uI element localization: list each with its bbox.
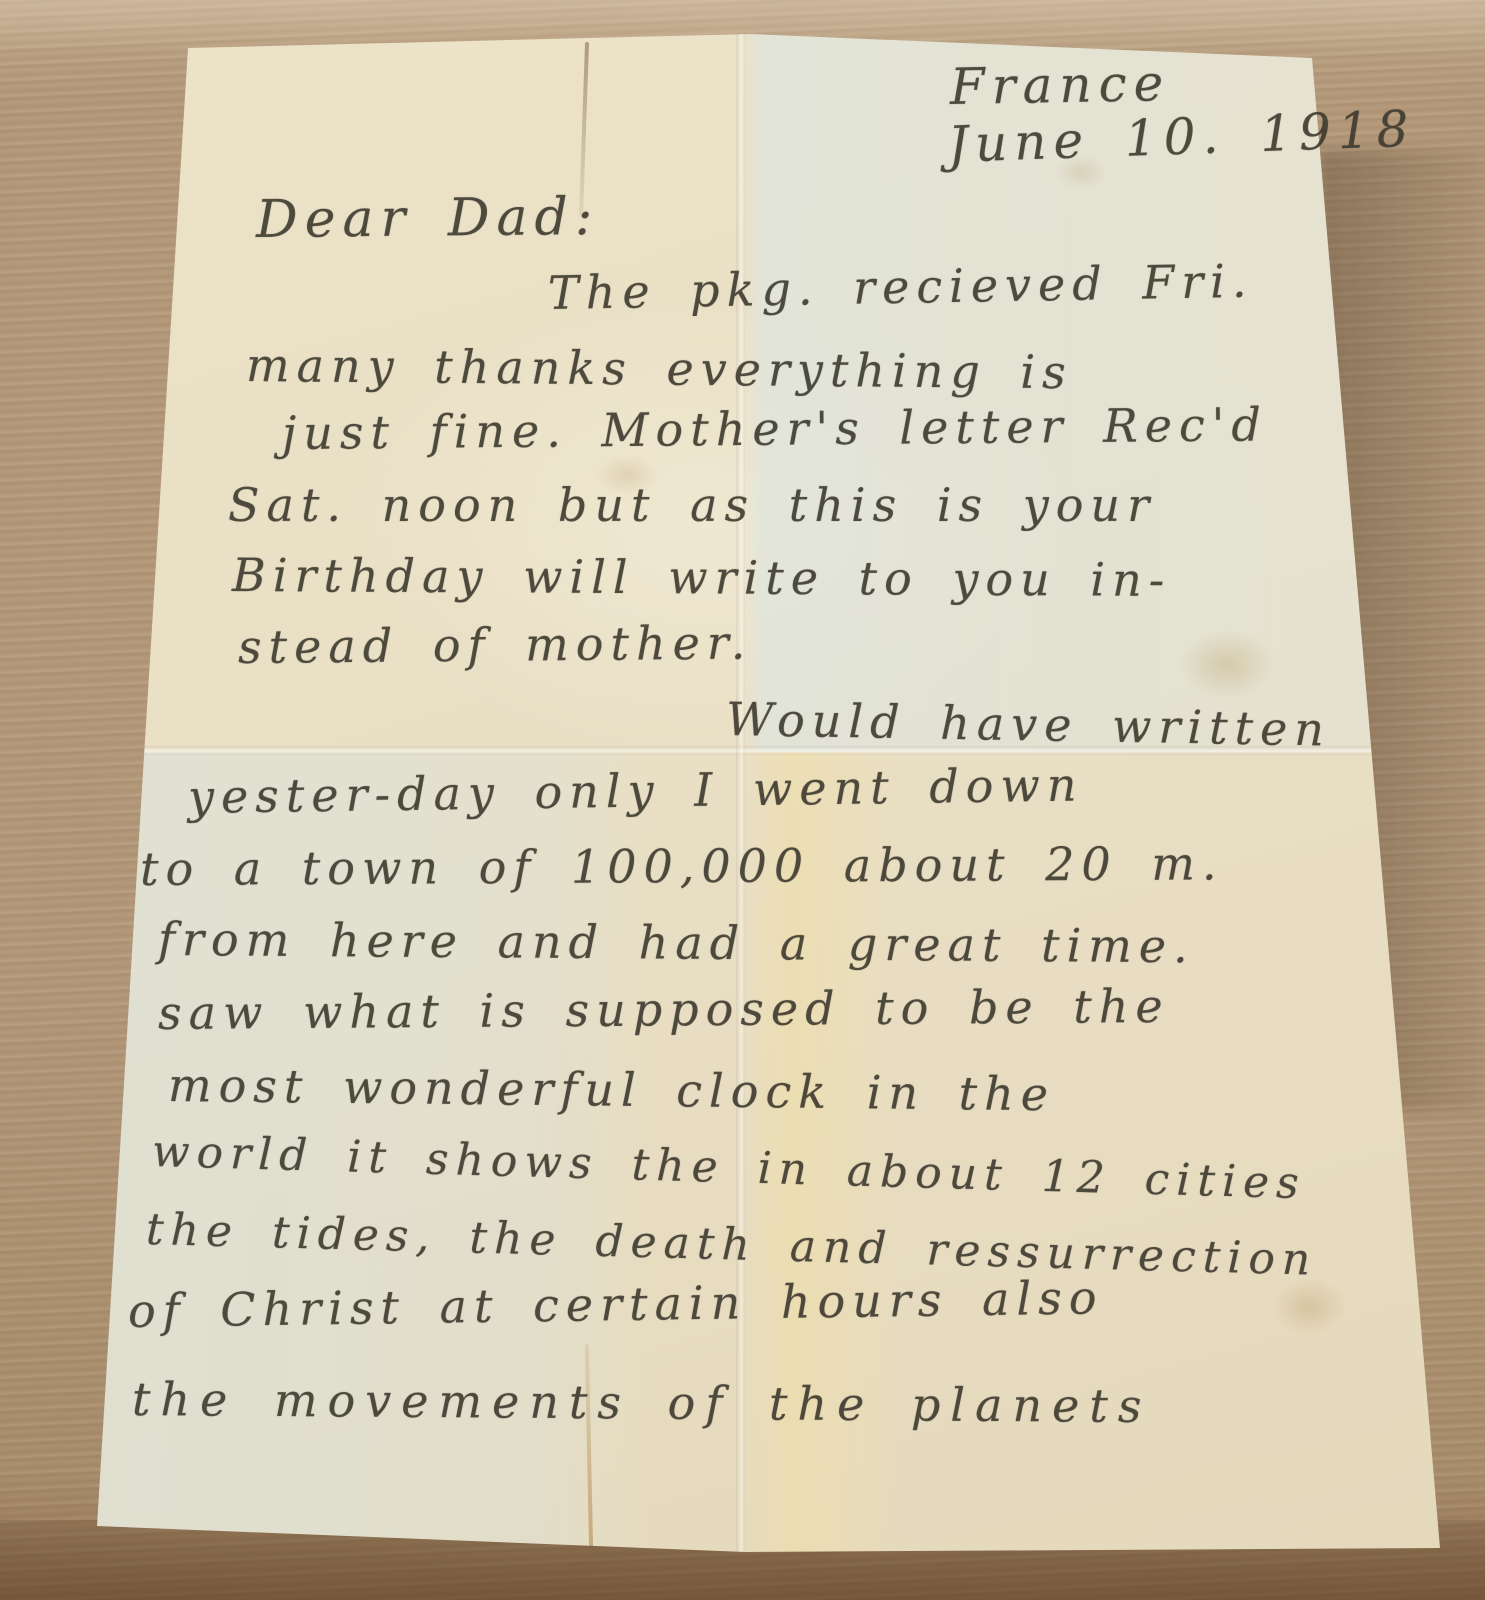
letter-photograph: France June 10. 1918 Dear Dad: The pkg. … bbox=[0, 0, 1485, 1600]
handwriting-layer: France June 10. 1918 Dear Dad: The pkg. … bbox=[0, 0, 1485, 1600]
letter-line: from here and had a great time. bbox=[158, 912, 1195, 973]
letter-line: Sat. noon but as this is your bbox=[228, 478, 1156, 532]
letter-line: to a town of 100,000 about 20 m. bbox=[140, 836, 1224, 896]
letter-line: yester-day only I went down bbox=[188, 758, 1084, 824]
letter-line: many thanks everything is bbox=[246, 338, 1073, 399]
letter-line: of Christ at certain hours also bbox=[128, 1270, 1104, 1338]
salutation: Dear Dad: bbox=[256, 187, 600, 250]
heading-location: France bbox=[949, 54, 1170, 116]
letter-line: the movements of the planets bbox=[132, 1372, 1152, 1433]
letter-line: just fine. Mother's letter Rec'd bbox=[282, 397, 1268, 460]
letter-line: saw what is supposed to be the bbox=[158, 979, 1170, 1040]
letter-line: The pkg. recieved Fri. bbox=[548, 254, 1254, 320]
letter-line: Birthday will write to you in- bbox=[232, 548, 1172, 607]
letter-line: world it shows the in about 12 cities bbox=[151, 1126, 1306, 1209]
letter-line: stead of mother. bbox=[238, 616, 753, 674]
letter-line: Would have written bbox=[726, 692, 1332, 757]
letter-line: most wonderful clock in the bbox=[168, 1058, 1056, 1121]
letter-line: the tides, the death and ressurrection bbox=[145, 1204, 1318, 1286]
